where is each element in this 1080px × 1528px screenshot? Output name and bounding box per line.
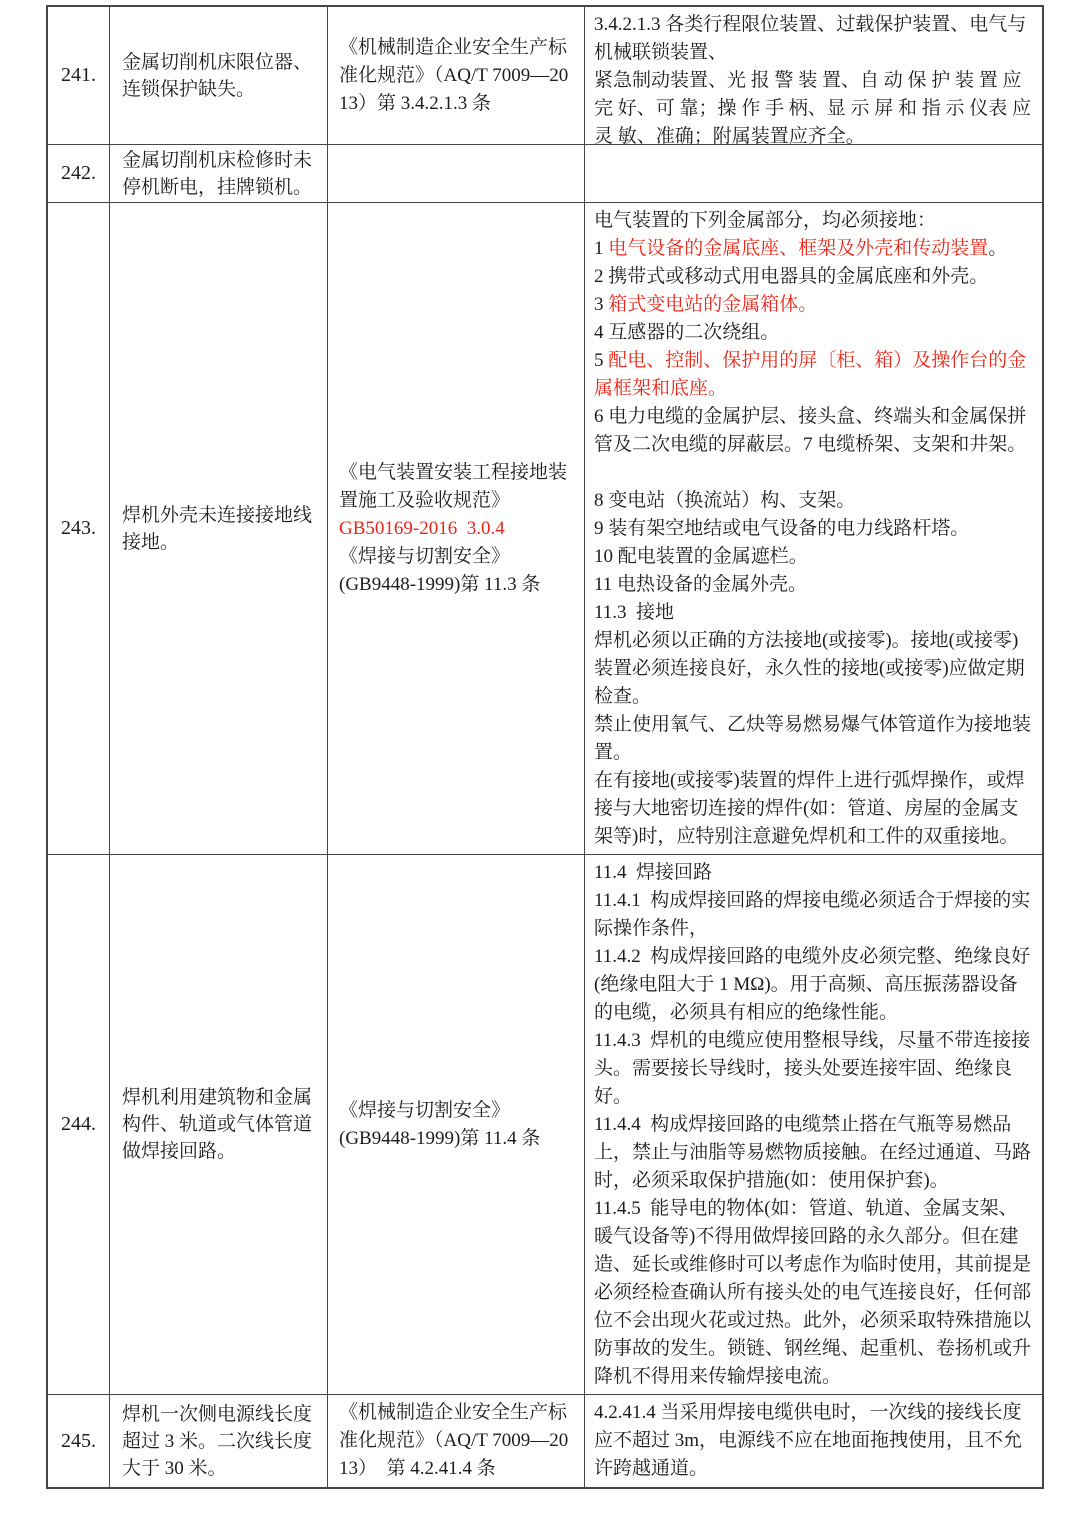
requirement-text: 11.4.5 能导电的物体(如：管道、轨道、金属支架、暖气设备等)不得用做焊接回… (594, 1195, 1034, 1391)
hazard-description: 焊机外壳未连接接地线接地。 (122, 502, 319, 556)
standard-reference: (GB9448-1999)第 11.4 条 (339, 1125, 576, 1153)
requirement-text: 1 电气设备的金属底座、框架及外壳和传动装置。 (594, 235, 1034, 263)
hazard-description-cell: 焊机一次侧电源线长度超过 3 米。二次线长度大于 30 米。 (110, 1395, 328, 1487)
red-text: 箱式变电站的金属箱体。 (608, 294, 817, 315)
row-number: 242. (61, 162, 96, 185)
hazard-description: 焊机利用建筑物和金属构件、轨道或气体管道做焊接回路。 (122, 1084, 319, 1165)
requirement-detail-cell (585, 145, 1042, 203)
standard-reference-cell: 《机械制造企业安全生产标准化规范》（AQ/T 7009—2013） 第 4.2.… (328, 1395, 585, 1487)
requirement-detail-cell: 电气装置的下列金属部分，均必须接地： 1 电气设备的金属底座、框架及外壳和传动装… (585, 203, 1042, 855)
list-number: 5 (594, 350, 608, 371)
standard-reference: 《电气装置安装工程接地装置施工及验收规范》 (339, 459, 576, 515)
row-number-cell: 244. (48, 855, 110, 1395)
requirement-text: 3 箱式变电站的金属箱体。 (594, 291, 1034, 319)
requirement-text: 焊机必须以正确的方法接地(或接零)。接地(或接零)装置必须连接良好，永久性的接地… (594, 627, 1034, 711)
requirement-text: 6 电力电缆的金属护层、接头盒、终端头和金属保拼管及二次电缆的屏蔽层。7 电缆桥… (594, 403, 1034, 459)
hazard-description-cell: 焊机外壳未连接接地线接地。 (110, 203, 328, 855)
requirement-text: 11.4.2 构成焊接回路的电缆外皮必须完整、绝缘良好(绝缘电阻大于 1 MΩ)… (594, 943, 1034, 1027)
standard-reference: (GB9448-1999)第 11.3 条 (339, 571, 576, 599)
hazard-checklist-table: 241. 金属切削机床限位器、连锁保护缺失。 《机械制造企业安全生产标准化规范》… (46, 5, 1044, 1489)
requirement-text: 8 变电站（换流站）构、支架。 (594, 487, 1034, 515)
row-number: 241. (61, 64, 96, 87)
list-number: 1 (594, 238, 608, 259)
red-text: 配电、控制、保护用的屏〔柜、箱）及操作台的金属框架和底座。 (594, 350, 1026, 399)
requirement-text: 11 电热设备的金属外壳。 (594, 571, 1034, 599)
hazard-description-cell: 金属切削机床限位器、连锁保护缺失。 (110, 7, 328, 145)
standard-reference: 《机械制造企业安全生产标准化规范》（AQ/T 7009—2013） 第 4.2.… (339, 1399, 576, 1483)
standard-reference: 《机械制造企业安全生产标准化规范》（AQ/T 7009—2013）第 3.4.2… (339, 34, 576, 118)
row-number-cell: 243. (48, 203, 110, 855)
row-number-cell: 242. (48, 145, 110, 203)
standard-reference-cell: 《机械制造企业安全生产标准化规范》（AQ/T 7009—2013）第 3.4.2… (328, 7, 585, 145)
requirement-text: 11.4.4 构成焊接回路的电缆禁止搭在气瓶等易燃品上，禁止与油脂等易燃物质接触… (594, 1111, 1034, 1195)
standard-reference-highlight: GB50169-2016 3.0.4 (339, 515, 576, 543)
standard-reference: 《焊接与切割安全》 (339, 1097, 576, 1125)
standard-reference-cell (328, 145, 585, 203)
requirement-text: 2 携带式或移动式用电器具的金属底座和外壳。 (594, 263, 1034, 291)
requirement-text: 4.2.41.4 当采用焊接电缆供电时，一次线的接线长度应不超过 3m，电源线不… (594, 1399, 1034, 1483)
requirement-text: 9 装有架空地结或电气设备的电力线路杆塔。 (594, 515, 1034, 543)
standard-reference: 《焊接与切割安全》 (339, 543, 576, 571)
hazard-description: 焊机一次侧电源线长度超过 3 米。二次线长度大于 30 米。 (122, 1401, 319, 1482)
requirement-text: 11.4.1 构成焊接回路的焊接电缆必须适合于焊接的实际操作条件， (594, 887, 1034, 943)
blank-line (594, 459, 1034, 487)
requirement-text: 3.4.2.1.3 各类行程限位装置、过载保护装置、电气与机械联锁装置、 (594, 11, 1034, 67)
requirement-text: 禁止使用氧气、乙炔等易燃易爆气体管道作为接地装置。 (594, 711, 1034, 767)
red-text: 电气设备的金属底座、框架及外壳和传动装置 (608, 238, 988, 259)
requirement-text: 10 配电装置的金属遮栏。 (594, 543, 1034, 571)
requirement-detail-cell: 3.4.2.1.3 各类行程限位装置、过载保护装置、电气与机械联锁装置、 紧急制… (585, 7, 1042, 145)
requirement-text: 5 配电、控制、保护用的屏〔柜、箱）及操作台的金属框架和底座。 (594, 347, 1034, 403)
requirement-text: 4 互感器的二次绕组。 (594, 319, 1034, 347)
list-number: 3 (594, 294, 608, 315)
row-number-cell: 245. (48, 1395, 110, 1487)
row-number: 244. (61, 1113, 96, 1136)
requirement-text: 11.4 焊接回路 (594, 859, 1034, 887)
text-segment: 。 (988, 238, 1007, 259)
requirement-text: 11.3 接地 (594, 599, 1034, 627)
row-number: 243. (61, 517, 96, 540)
row-number-cell: 241. (48, 7, 110, 145)
requirement-text: 在有接地(或接零)装置的焊件上进行弧焊操作，或焊接与大地密切连接的焊件(如：管道… (594, 767, 1034, 851)
requirement-text: 电气装置的下列金属部分，均必须接地： (594, 207, 1034, 235)
requirement-text: 11.4.3 焊机的电缆应使用整根导线，尽量不带连接接头。需要接长导线时，接头处… (594, 1027, 1034, 1111)
requirement-text: 紧急制动装置、光 报 警 装 置、自 动 保 护 装 置 应 完 好、可 靠；操… (594, 67, 1034, 145)
standard-reference-cell: 《电气装置安装工程接地装置施工及验收规范》 GB50169-2016 3.0.4… (328, 203, 585, 855)
hazard-description: 金属切削机床检修时未停机断电，挂牌锁机。 (122, 147, 319, 201)
requirement-detail-cell: 11.4 焊接回路 11.4.1 构成焊接回路的焊接电缆必须适合于焊接的实际操作… (585, 855, 1042, 1395)
row-number: 245. (61, 1430, 96, 1453)
hazard-description-cell: 焊机利用建筑物和金属构件、轨道或气体管道做焊接回路。 (110, 855, 328, 1395)
hazard-description: 金属切削机床限位器、连锁保护缺失。 (122, 49, 319, 103)
standard-reference-cell: 《焊接与切割安全》 (GB9448-1999)第 11.4 条 (328, 855, 585, 1395)
requirement-detail-cell: 4.2.41.4 当采用焊接电缆供电时，一次线的接线长度应不超过 3m，电源线不… (585, 1395, 1042, 1487)
hazard-description-cell: 金属切削机床检修时未停机断电，挂牌锁机。 (110, 145, 328, 203)
